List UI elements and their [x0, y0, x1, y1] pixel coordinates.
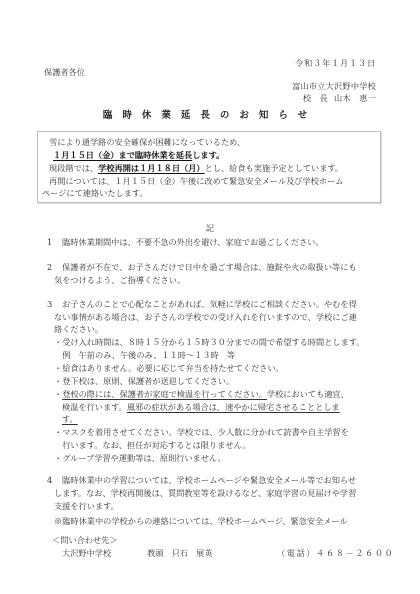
bullet-item: ・マスクを着用させてください。学校では、少人数に分かれて読書や自主学習を — [54, 428, 349, 436]
notice-line-extension: １月１５日（金）まで臨時休業を延長します。 — [53, 151, 224, 159]
page-title: 臨時休業延長のお知らせ — [0, 111, 420, 121]
principal-title: 校 長 — [303, 93, 328, 103]
notice-line: 再開については、１月１５日（金）午後に改めて緊急安全メール及び学校ホーム — [49, 177, 343, 185]
bullet-item-health: す。 — [62, 415, 78, 423]
extension-highlight: １月１５日（金）まで臨時休業を延長 — [53, 150, 192, 160]
item-number: 3 — [47, 300, 52, 308]
item-number: 2 — [47, 263, 52, 271]
bullet-item: 例 午前のみ、午後のみ、１１時～１３時 等 — [54, 351, 235, 359]
item-text: 保護者が不在で、お子さんだけで日中を過ごす場合は、施錠や火の取扱い等にも — [62, 263, 357, 271]
ki-heading: 記 — [0, 224, 420, 232]
bullet-item: 行います。なお、担任が対応するとは限りません。 — [54, 441, 250, 449]
item-text: ない事情がある場合は、お子さんの学校での受け入れを行いますので、学校にご連 — [54, 313, 357, 321]
notice-line-reopen: 現段階では、学校再開は１月１８日（月）とし、給食も実施予定としています。 — [49, 164, 343, 172]
bullet-item-health: 検温を行います。風邪の症状がある場合は、速やかに帰宅させることとしま — [62, 403, 340, 411]
notice-line: ページにて連絡いたします。 — [42, 189, 148, 197]
notice-text: します。 — [192, 150, 224, 160]
bullet-text: 検温を行います。 — [62, 402, 127, 412]
contact-person: 教頭 只石 展英 — [147, 549, 213, 557]
item-number: 4 — [47, 476, 52, 484]
cold-symptom-note: す。 — [62, 414, 78, 424]
addressee: 保護者各位 — [44, 68, 85, 76]
bullet-text: 学校においても適宜、 — [267, 389, 349, 399]
temperature-check-note: 登校の際には、保護者が家庭で検温を行ってください。 — [62, 389, 267, 399]
item-text: 絡ください。 — [54, 325, 103, 333]
item-number: 1 — [47, 238, 52, 246]
notice-box: 雪により通学路の安全確保が困難になっているため、 １月１５日（金）まで臨時休業を… — [37, 131, 381, 203]
contact-label: ＜問い合わせ先＞ — [52, 536, 118, 544]
school-name: 富山市立大沢野中学校 — [292, 82, 376, 90]
item-text: お子さんのことで心配なことがあれば、気軽に学校にご相談ください。やむを得 — [62, 300, 357, 308]
item-text: 臨時休業期間中は、不要不急の外出を避け、家庭でお過ごしください。 — [62, 238, 324, 246]
reopen-highlight: 学校再開は１月１８日（月） — [98, 163, 204, 173]
note-text: ※臨時休業中の学校からの連絡については、学校ホームページ、緊急安全メール — [54, 517, 348, 525]
bullet-item: ・給食はありません。必要に応じて弁当を持たせてください。 — [54, 364, 284, 372]
item-text: 気をつけるよう、ご指導ください。 — [54, 276, 185, 284]
issue-date: 令和３年１月１３日 — [295, 59, 376, 67]
item-text: します。なお、学校再開後は、質問教室等を設けるなど、家庭学習の見届けや学習 — [54, 489, 356, 497]
notice-text: 現段階では、 — [49, 163, 98, 173]
notice-line: 雪により通学路の安全確保が困難になっているため、 — [49, 138, 245, 146]
principal-name: 山木 恵一 — [334, 93, 376, 103]
contact-phone: （電話）４６８－２６００ — [277, 549, 394, 557]
cold-symptom-note: 風邪の症状がある場合は、速やかに帰宅させることとしま — [127, 402, 340, 412]
bullet-item: ・登下校は、原則、保護者が送迎してください。 — [54, 377, 234, 385]
bullet-item: ・グループ学習や運動等は、原則行いません。 — [54, 454, 226, 462]
principal: 校 長山木 恵一 — [303, 94, 376, 102]
bullet-item-health: ・登校の際には、保護者が家庭で検温を行ってください。学校においても適宜、 — [54, 390, 349, 398]
contact-school: 大沢野中学校 — [62, 549, 111, 557]
item-text: 臨時休業中の学習については、学校ホームページや緊急安全メール等でお知らせ — [62, 476, 356, 484]
notice-text: とし、給食も実施予定としています。 — [205, 163, 344, 173]
item-text: 支援を行います。 — [54, 502, 119, 510]
bullet-item: ・受け入れ時間は、８時１５分から１５時３０分までの間で希望する時間とします。 — [54, 338, 364, 346]
